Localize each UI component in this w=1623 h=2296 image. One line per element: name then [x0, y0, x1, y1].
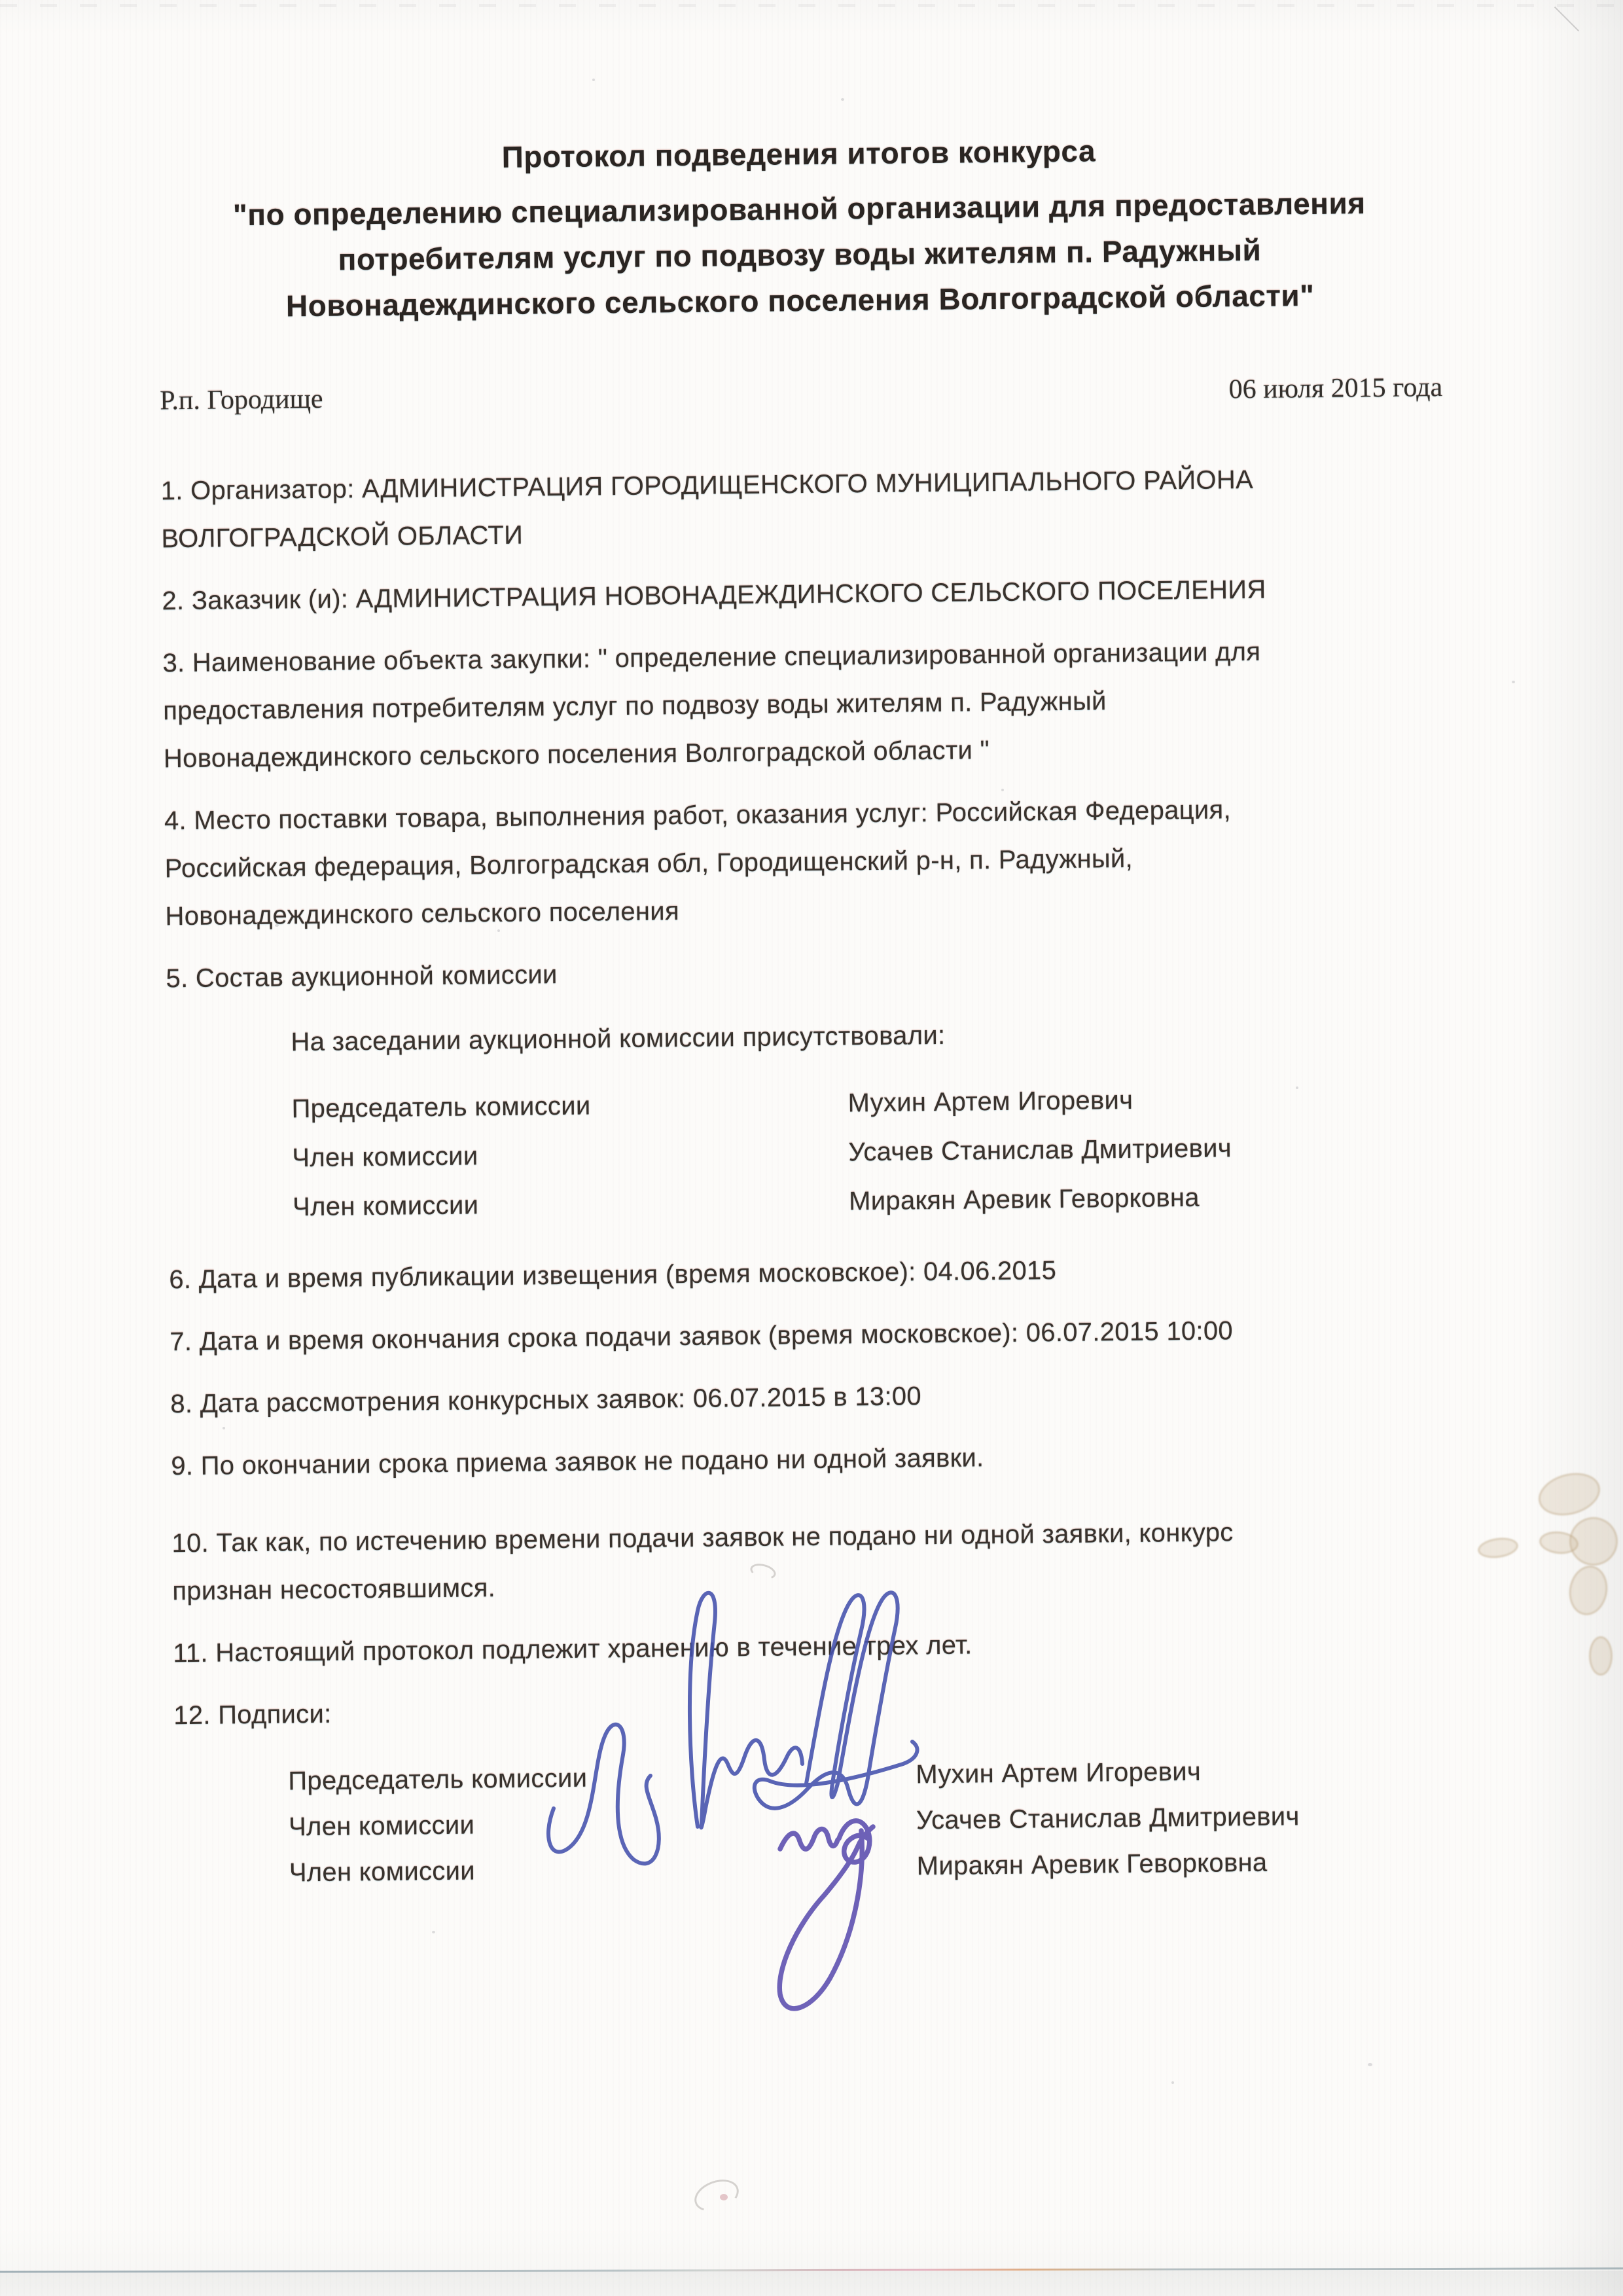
item-line: 8. Дата рассмотрения конкурсных заявок: … — [170, 1367, 1454, 1429]
member-role: Председатель комиссии — [291, 1079, 848, 1134]
paper-speck — [841, 98, 844, 101]
scanned-document-page: Протокол подведения итогов конкурса "по … — [0, 0, 1623, 2296]
item-5-commission: 5. Состав аукционной комиссии — [166, 942, 1449, 1003]
paper-speck — [223, 1427, 225, 1429]
signer-name: Мухин Артем Игоревич — [916, 1746, 1457, 1798]
member-name: Усачев Станислав Дмитриевич — [848, 1122, 1451, 1177]
item-2-customer: 2. Заказчик (и): АДМИНИСТРАЦИЯ НОВОНАДЕЖ… — [162, 564, 1445, 626]
item-line: 5. Состав аукционной комиссии — [166, 942, 1449, 1003]
date-label: 06 июля 2015 года — [1228, 369, 1442, 408]
signature-ink-overlay — [537, 1568, 995, 2032]
item-8-review-date: 8. Дата рассмотрения конкурсных заявок: … — [170, 1367, 1454, 1429]
paper-speck — [1368, 2063, 1372, 2066]
paper-speck — [497, 929, 500, 932]
item-line: 7. Дата и время окончания срока подачи з… — [169, 1305, 1453, 1367]
item-9-no-applications: 9. По окончании срока приема заявок не п… — [171, 1429, 1454, 1491]
paper-speck — [432, 1931, 435, 1933]
item-1-organizer: 1. Организатор: АДМИНИСТРАЦИЯ ГОРОДИЩЕНС… — [160, 454, 1444, 564]
signer-name: Миракян Аревик Геворковна — [916, 1838, 1458, 1890]
signature-ink-member — [779, 1821, 873, 2009]
item-4-delivery-place: 4. Место поставки товара, выполнения раб… — [164, 784, 1448, 941]
item-6-publication-date: 6. Дата и время публикации извещения (вр… — [169, 1243, 1452, 1304]
member-name: Мухин Артем Игоревич — [847, 1073, 1450, 1128]
pink-speck — [720, 2194, 728, 2200]
place-label: Р.п. Городище — [160, 381, 323, 420]
paper-speck — [1171, 2081, 1174, 2084]
paper-speck — [275, 924, 279, 927]
paper-speck — [1001, 789, 1004, 791]
signer-name: Усачев Станислав Дмитриевич — [916, 1792, 1458, 1844]
paper-speck — [1296, 1086, 1298, 1089]
paper-speck — [592, 79, 595, 81]
item-7-deadline: 7. Дата и время окончания срока подачи з… — [169, 1305, 1453, 1367]
paper-speck — [1080, 592, 1082, 596]
bottom-shadow-band — [0, 2271, 1623, 2296]
place-date-row: Р.п. Городище 06 июля 2015 года — [160, 369, 1442, 420]
member-name: Миракян Аревик Геворковна — [849, 1171, 1452, 1227]
paper-speck — [1512, 681, 1515, 683]
member-role: Член комиссии — [292, 1128, 849, 1183]
document-title: Протокол подведения итогов конкурса "по … — [157, 124, 1442, 331]
item-line: 9. По окончании срока приема заявок не п… — [171, 1429, 1454, 1491]
pencil-smudge — [690, 2174, 743, 2217]
item-line: 6. Дата и время публикации извещения (вр… — [169, 1243, 1452, 1304]
paper-speck — [340, 218, 343, 221]
item-3-procurement-object: 3. Наименование объекта закупки: " опред… — [162, 626, 1446, 783]
item-line: 2. Заказчик (и): АДМИНИСТРАЦИЯ НОВОНАДЕЖ… — [162, 564, 1445, 626]
commission-members: Председатель комиссии Мухин Артем Игорев… — [291, 1073, 1451, 1232]
title-line-1: Протокол подведения итогов конкурса — [157, 124, 1440, 184]
member-role: Член комиссии — [293, 1177, 849, 1232]
scanner-line-artifact — [0, 2267, 1623, 2272]
commission-present-line: На заседании аукционной комиссии присутс… — [291, 1007, 1450, 1067]
